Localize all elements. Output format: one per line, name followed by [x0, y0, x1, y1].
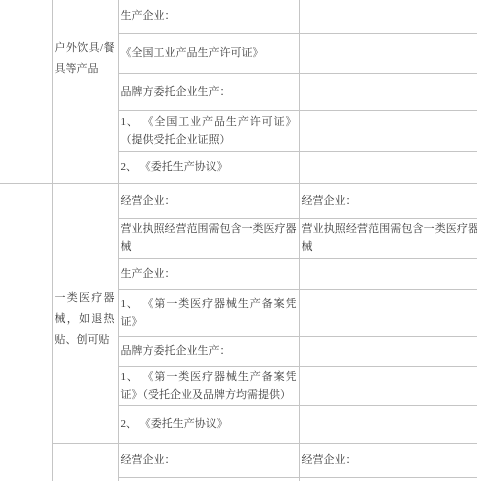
requirement-cell: 2、 《委托生产协议》 — [118, 151, 299, 183]
secondary-cell — [299, 336, 477, 366]
secondary-cell — [299, 151, 477, 183]
requirement-cell: 品牌方委托企业生产： — [118, 73, 299, 110]
secondary-cell — [299, 477, 477, 481]
requirement-cell: 品牌方委托企业生产： — [118, 336, 299, 366]
requirement-cell: 经营企业： — [118, 443, 299, 477]
requirement-cell: 经营企业： — [118, 183, 299, 218]
secondary-cell: 经营企业： — [299, 183, 477, 218]
requirement-cell: 1、 《第一类医疗器械生产备案凭证》 — [118, 289, 299, 336]
secondary-cell — [299, 0, 477, 33]
category-cell-outdoor-drinkware: 户外饮具/餐具等产品 — [52, 0, 118, 183]
requirement-cell — [118, 477, 299, 481]
left-margin-cell-section-a — [0, 0, 52, 183]
secondary-cell — [299, 110, 477, 151]
secondary-cell — [299, 289, 477, 336]
secondary-cell — [299, 405, 477, 443]
table-row: 户外饮具/餐具等产品 生产企业： — [0, 0, 477, 33]
requirement-cell: 1、 《全国工业产品生产许可证》（提供受托企业证照） — [118, 110, 299, 151]
category-cell-class1-medical-device: 一类医疗器械，如退热贴、创可贴 — [52, 183, 118, 443]
left-margin-cell-section-b — [0, 183, 52, 481]
requirement-cell: 1、 《第一类医疗器械生产备案凭证》（受托企业及品牌方均需提供） — [118, 366, 299, 405]
table-row: 一类医疗器械，如退热贴、创可贴 经营企业： 经营企业： — [0, 183, 477, 218]
secondary-cell: 经营企业： — [299, 443, 477, 477]
category-cell-empty — [52, 443, 118, 481]
qualification-requirements-table: 户外饮具/餐具等产品 生产企业： 《全国工业产品生产许可证》 品牌方委托企业生产… — [0, 0, 477, 481]
secondary-cell — [299, 33, 477, 73]
requirement-cell: 《全国工业产品生产许可证》 — [118, 33, 299, 73]
secondary-cell — [299, 73, 477, 110]
requirement-cell: 营业执照经营范围需包含一类医疗器械 — [118, 218, 299, 258]
secondary-cell: 营业执照经营范围需包含一类医疗器械 — [299, 218, 477, 258]
table-row: 经营企业： 经营企业： — [0, 443, 477, 477]
requirement-cell: 2、 《委托生产协议》 — [118, 405, 299, 443]
secondary-cell — [299, 366, 477, 405]
requirement-cell: 生产企业： — [118, 0, 299, 33]
requirement-cell: 生产企业： — [118, 258, 299, 289]
secondary-cell — [299, 258, 477, 289]
